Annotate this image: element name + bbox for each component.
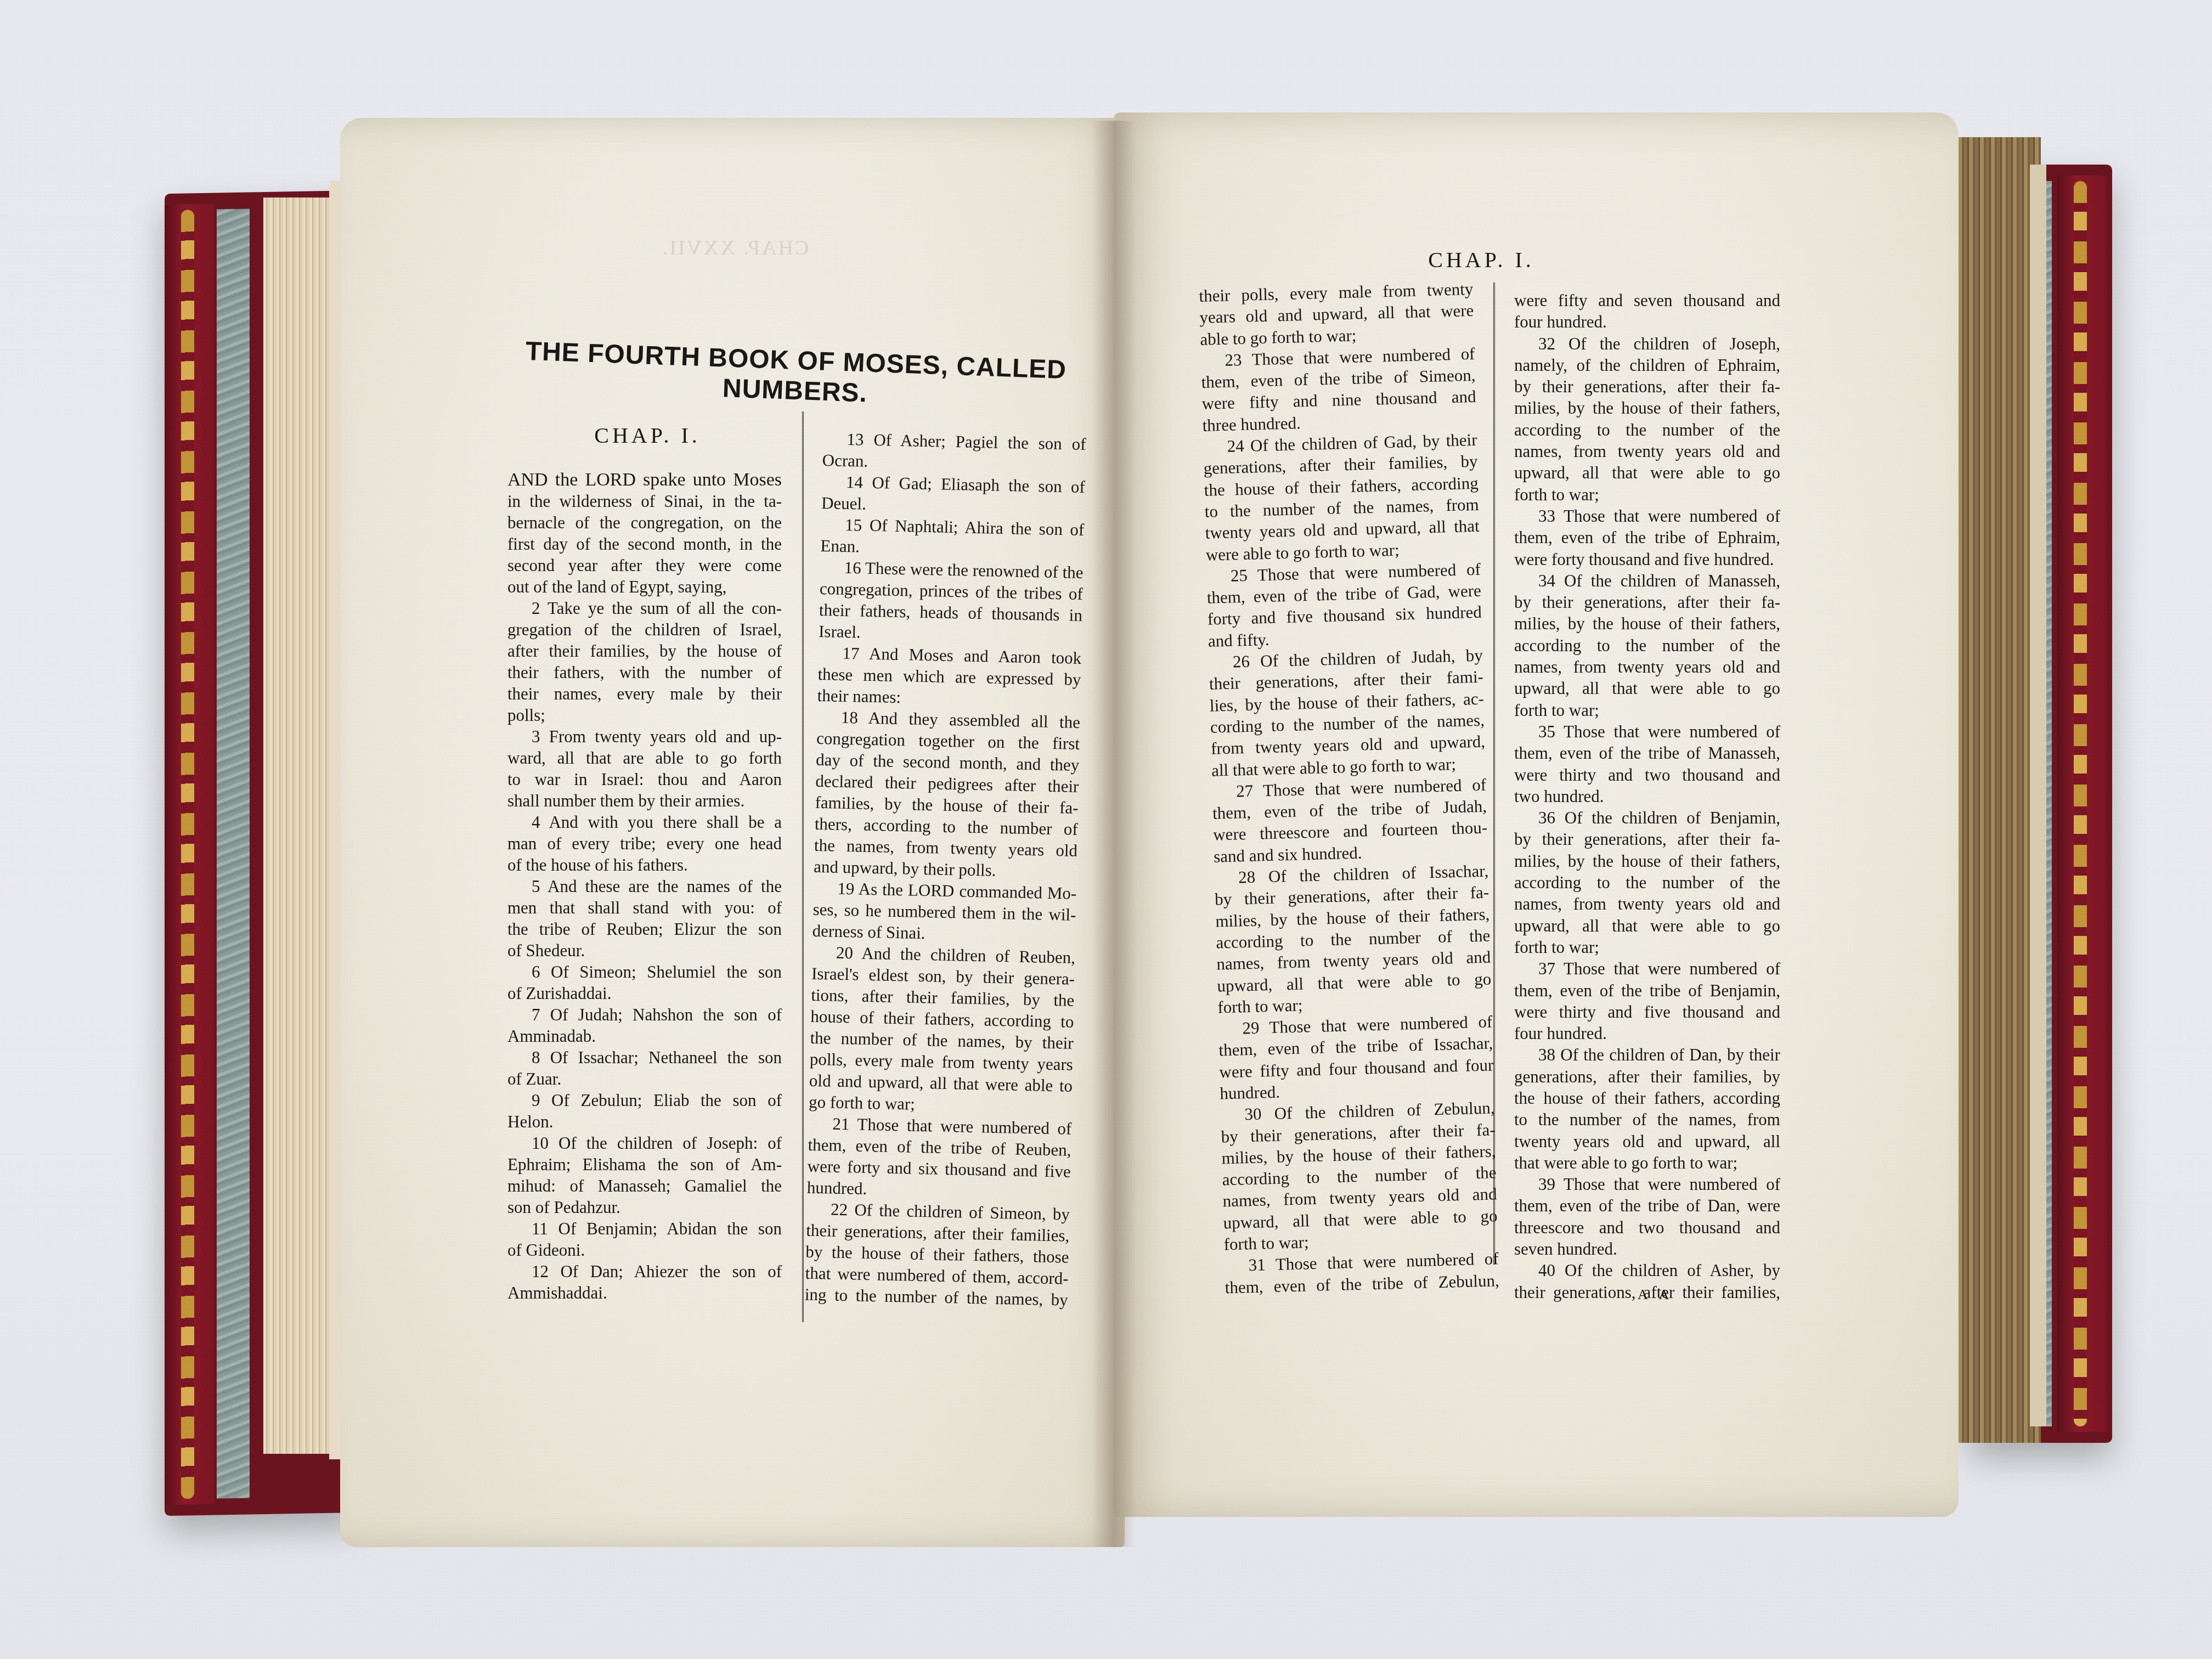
text-line: man of every tribe; every one head (507, 833, 782, 854)
gilt-tooling (2074, 181, 2087, 1426)
text-line: forth to war; (1514, 936, 1780, 958)
text-line: twenty years old and upward, all (1514, 1131, 1780, 1152)
chapter-heading: CHAP. I. (494, 422, 801, 448)
text-line: upward, all that were able to go (1514, 915, 1780, 936)
left-page-column-1: AND the LORD spake unto Mosesin the wild… (507, 469, 782, 1304)
running-head: CHAP. I. (1372, 247, 1591, 273)
text-line: 37 Those that were numbered of (1514, 958, 1780, 979)
text-line: them, even of the tribe of Dan, were (1514, 1195, 1780, 1216)
text-line: milies, by the house of their fathers, (1514, 850, 1780, 872)
text-line: of the house of his fathers. (507, 854, 782, 876)
text-line: the house of their fathers, according (1514, 1087, 1780, 1109)
text-line: upward, all that were able to go (1514, 678, 1780, 699)
text-line: shall number them by their armies. (507, 790, 782, 811)
text-line: seven hundred. (1514, 1238, 1780, 1260)
text-line: ward, all that are able to go forth (507, 747, 782, 769)
text-line: according to the number of the (1514, 872, 1780, 893)
text-line: Ephraim; Elishama the son of Am- (507, 1154, 782, 1175)
text-line: names, from twenty years old and (1514, 893, 1780, 915)
text-line: of Zurishaddai. (507, 983, 782, 1004)
text-line: according to the number of the (1514, 635, 1780, 656)
text-line: upward, all that were able to go (1514, 462, 1780, 483)
text-line: 8 Of Issachar; Nethaneel the son (507, 1047, 782, 1068)
text-line: milies, by the house of their fathers, (1514, 613, 1780, 634)
right-page-column-1: their polls, every male from twentyyears… (1199, 278, 1499, 1298)
text-line: them, even of the tribe of Manasseh, (1514, 742, 1780, 764)
text-line: generations, after their families, by (1514, 1066, 1780, 1087)
text-line: out of the land of Egypt, saying, (507, 576, 782, 597)
text-line: were fifty and seven thousand and (1514, 290, 1780, 311)
signature-mark: A A (1638, 1286, 1673, 1303)
text-line: 4 And with you there shall be a (507, 811, 782, 833)
page-block-edge-left (263, 198, 335, 1454)
text-line: were thirty and two thousand and (1514, 764, 1780, 786)
column-rule (802, 411, 806, 1322)
text-line: 34 Of the children of Manasseh, (1514, 570, 1780, 591)
text-line: to war in Israel: thou and Aaron (507, 769, 782, 790)
text-line: threescore and two thousand and (1514, 1217, 1780, 1238)
text-line: names, from twenty years old and (1514, 656, 1780, 678)
text-line: of Zuar. (507, 1068, 782, 1090)
right-page-column-2: were fifty and seven thousand andfour hu… (1514, 290, 1780, 1303)
text-line: 32 Of the children of Joseph, (1514, 333, 1780, 354)
text-line: according to the number of the (1514, 419, 1780, 441)
text-line: their fathers, with the number of (507, 662, 782, 683)
text-line: 6 Of Simeon; Shelumiel the son (507, 961, 782, 983)
text-line: 11 Of Benjamin; Abidan the son (507, 1218, 782, 1239)
text-line: 7 Of Judah; Nahshon the son of (507, 1004, 782, 1025)
text-line: 12 Of Dan; Ahiezer the son of (507, 1261, 782, 1282)
text-line: bernacle of the congregation, on the (507, 512, 782, 533)
text-line: 35 Those that were numbered of (1514, 721, 1780, 742)
text-line: 36 Of the children of Benjamin, (1514, 807, 1780, 828)
text-line: by their generations, after their fa- (1514, 376, 1780, 397)
gilt-tooling (181, 210, 194, 1499)
text-line: that were able to go forth to war; (1514, 1152, 1780, 1173)
text-line: Ammishaddai. (507, 1282, 782, 1304)
text-line: by their generations, after their fa- (1514, 591, 1780, 613)
text-line: to the number of the names, from (1514, 1109, 1780, 1130)
text-line: in the wilderness of Sinai, in the ta- (507, 490, 782, 512)
text-line: of Gideoni. (507, 1239, 782, 1261)
text-line: 5 And these are the names of the (507, 876, 782, 897)
text-line: namely, of the children of Ephraim, (1514, 354, 1780, 376)
text-line: forth to war; (1514, 699, 1780, 721)
text-line: four hundred. (1514, 311, 1780, 332)
text-line: men that shall stand with you: of (507, 897, 782, 918)
text-line: Amminadab. (507, 1025, 782, 1047)
text-line: them, even of the tribe of Ephraim, (1514, 527, 1780, 548)
text-line: the tribe of Reuben; Elizur the son (507, 918, 782, 940)
text-line: by their generations, after their fa- (1514, 828, 1780, 850)
text-line: polls; (507, 704, 782, 726)
text-line: 40 Of the children of Asher, by (1514, 1260, 1780, 1281)
text-line: were forty thousand and five hundred. (1514, 549, 1780, 570)
text-line: first day of the second month, in the (507, 533, 782, 555)
text-line: of Shedeur. (507, 940, 782, 961)
text-line: 2 Take ye the sum of all the con- (507, 597, 782, 619)
text-line: after their families, by the house of (507, 640, 782, 662)
text-line: 38 Of the children of Dan, by their (1514, 1044, 1780, 1065)
text-line: second year after they were come (507, 555, 782, 576)
text-line: 9 Of Zebulun; Eliab the son of (507, 1090, 782, 1111)
book-gutter (1092, 121, 1136, 1547)
text-line: them, even of the tribe of Benjamin, (1514, 980, 1780, 1001)
text-line: 39 Those that were numbered of (1514, 1173, 1780, 1195)
marbled-endpaper (217, 208, 250, 1498)
page-block-edge-right (2030, 165, 2046, 1426)
text-line: their names, every male by their (507, 683, 782, 704)
text-line: forth to war; (1514, 484, 1780, 505)
text-line: were thirty and five thousand and (1514, 1001, 1780, 1023)
text-line: gregation of the children of Israel, (507, 619, 782, 640)
text-line: 10 Of the children of Joseph: of (507, 1132, 782, 1154)
text-line: four hundred. (1514, 1023, 1780, 1044)
text-line: milies, by the house of their fathers, (1514, 397, 1780, 419)
text-line: son of Pedahzur. (507, 1197, 782, 1218)
text-line: names, from twenty years old and (1514, 441, 1780, 462)
text-line: mihud: of Manasseh; Gamaliel the (507, 1175, 782, 1197)
text-line: Helon. (507, 1111, 782, 1132)
text-line: 33 Those that were numbered of (1514, 505, 1780, 527)
text-line: AND the LORD spake unto Moses (507, 469, 782, 490)
text-line: 3 From twenty years old and up- (507, 726, 782, 747)
text-line: two hundred. (1514, 786, 1780, 807)
bleed-through-header: CHAP. XXVII. (661, 236, 809, 260)
left-page-column-2: 13 Of Asher; Pagiel the son ofOcran.14 O… (805, 428, 1086, 1311)
